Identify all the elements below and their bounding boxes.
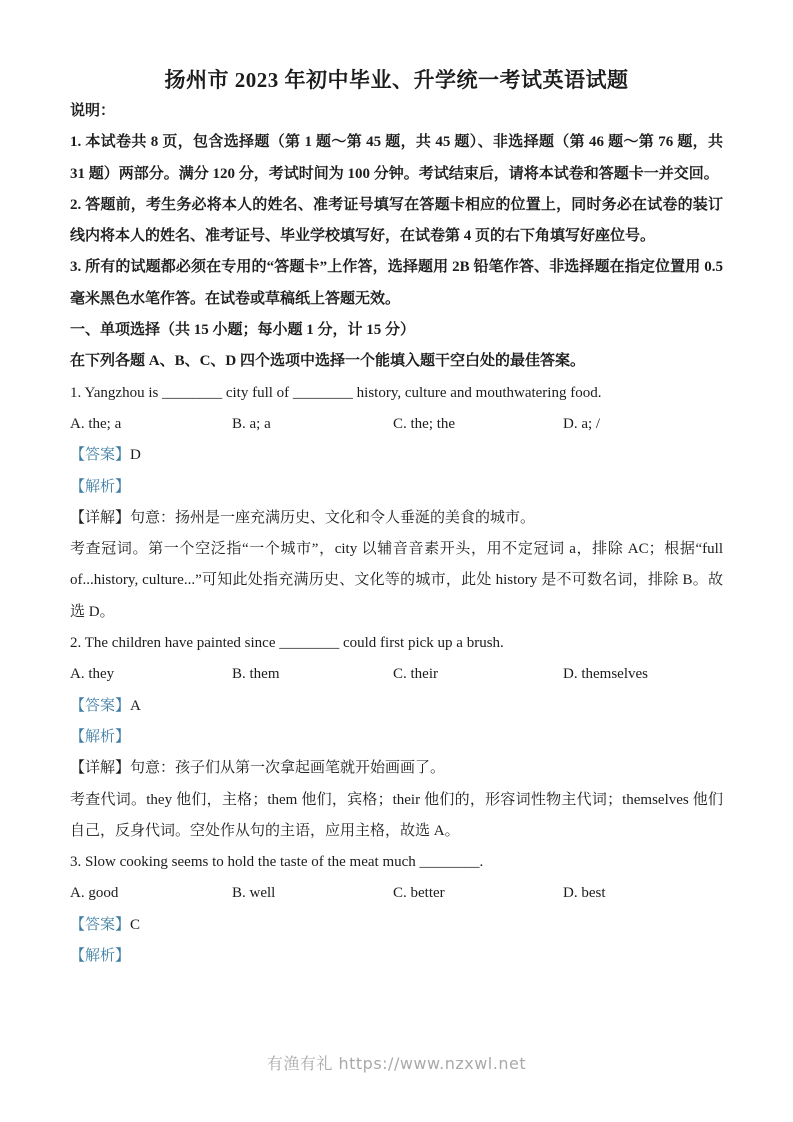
question-1-option-d: D. a; /	[563, 409, 723, 440]
question-1-option-a: A. the; a	[70, 409, 232, 440]
answer-label: 【答案】	[70, 698, 130, 714]
exam-document-page: 扬州市 2023 年初中毕业、升学统一考试英语试题 说明： 1. 本试卷共 8 …	[0, 0, 793, 1122]
question-1-options-row: A. the; a B. a; a C. the; the D. a; /	[70, 409, 723, 440]
question-2-analysis-label: 【解析】	[70, 722, 723, 753]
question-3-option-b: B. well	[232, 878, 393, 909]
question-2-explanation-line: 考查代词。they 他们，主格；them 他们，宾格；their 他们的，形容词…	[70, 785, 723, 848]
question-2-option-a: A. they	[70, 659, 232, 690]
question-3-answer-line: 【答案】C	[70, 910, 723, 941]
note-item-3: 3. 所有的试题都必须在专用的“答题卡”上作答，选择题用 2B 铅笔作答、非选择…	[70, 252, 723, 315]
page-title: 扬州市 2023 年初中毕业、升学统一考试英语试题	[70, 64, 723, 96]
question-1-analysis-label: 【解析】	[70, 472, 723, 503]
answer-label: 【答案】	[70, 447, 130, 463]
question-1-answer-value: D	[130, 447, 141, 463]
question-1-option-c: C. the; the	[393, 409, 563, 440]
question-2-option-d: D. themselves	[563, 659, 723, 690]
section-instruction: 在下列各题 A、B、C、D 四个选项中选择一个能填入题干空白处的最佳答案。	[70, 346, 723, 377]
note-item-2: 2. 答题前，考生务必将本人的姓名、准考证号填写在答题卡相应的位置上，同时务必在…	[70, 190, 723, 253]
answer-label: 【答案】	[70, 917, 130, 933]
question-3-option-d: D. best	[563, 878, 723, 909]
question-3-option-a: A. good	[70, 878, 232, 909]
question-2-text: 2. The children have painted since _____…	[70, 628, 723, 659]
section-title: 一、单项选择（共 15 小题；每小题 1 分，计 15 分）	[70, 315, 723, 346]
question-2-option-b: B. them	[232, 659, 393, 690]
question-3-answer-value: C	[130, 917, 140, 933]
question-2-option-c: C. their	[393, 659, 563, 690]
question-1-text: 1. Yangzhou is ________ city full of ___…	[70, 378, 723, 409]
question-3-option-c: C. better	[393, 878, 563, 909]
question-1-explanation-line: 考查冠词。第一个空泛指“一个城市”，city 以辅音音素开头，用不定冠词 a，排…	[70, 534, 723, 628]
question-1-detail-line: 【详解】句意：扬州是一座充满历史、文化和令人垂涎的美食的城市。	[70, 503, 723, 534]
notes-label: 说明：	[70, 96, 723, 127]
question-3-text: 3. Slow cooking seems to hold the taste …	[70, 847, 723, 878]
footer-watermark: 有渔有礼 https://www.nzxwl.net	[0, 1051, 793, 1074]
note-item-1: 1. 本试卷共 8 页，包含选择题（第 1 题～第 45 题，共 45 题）、非…	[70, 127, 723, 190]
question-1-answer-line: 【答案】D	[70, 440, 723, 471]
question-2-options-row: A. they B. them C. their D. themselves	[70, 659, 723, 690]
question-3-options-row: A. good B. well C. better D. best	[70, 878, 723, 909]
question-1-option-b: B. a; a	[232, 409, 393, 440]
question-2-answer-value: A	[130, 698, 141, 714]
question-3-analysis-label: 【解析】	[70, 941, 723, 972]
question-2-answer-line: 【答案】A	[70, 691, 723, 722]
question-2-detail-line: 【详解】句意：孩子们从第一次拿起画笔就开始画画了。	[70, 753, 723, 784]
